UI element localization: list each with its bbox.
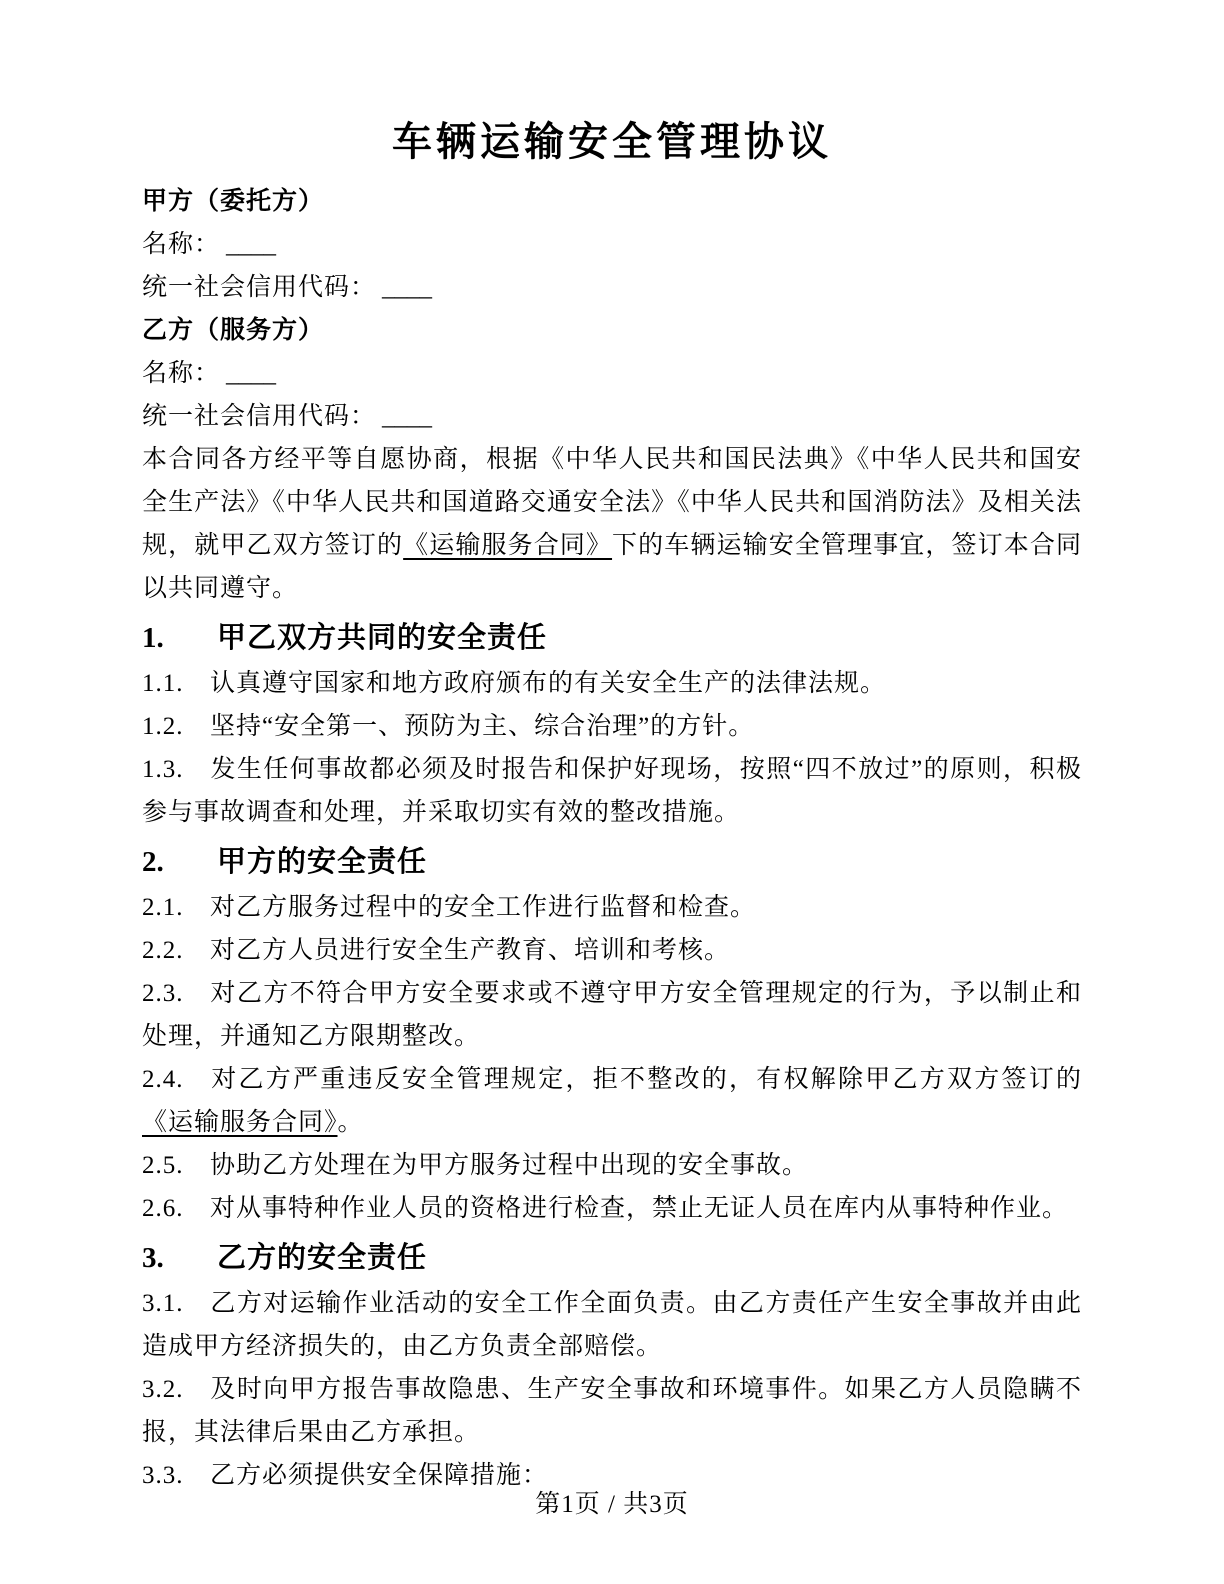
clause-number: 1.1. <box>142 662 210 705</box>
party-a-credit-code-line: 统一社会信用代码：____ <box>142 266 1082 309</box>
clause-number: 2.5. <box>142 1144 210 1187</box>
clause-text: 认真遵守国家和地方政府颁布的有关安全生产的法律法规。 <box>210 670 886 697</box>
clause-number: 2.6. <box>142 1187 210 1230</box>
party-a-heading: 甲方（委托方） <box>142 180 1082 223</box>
contract-reference-link: 《运输服务合同》 <box>403 532 612 559</box>
section-3-heading: 3.乙方的安全责任 <box>142 1234 1082 1282</box>
party-b-name-blank: ____ <box>220 360 276 387</box>
clause-2-4: 2.4.对乙方严重违反安全管理规定，拒不整改的，有权解除甲乙方双方签订的《运输服… <box>142 1058 1082 1144</box>
party-b-heading: 乙方（服务方） <box>142 309 1082 352</box>
clause-number: 1.3. <box>142 748 210 791</box>
party-b-credit-code-blank: ____ <box>376 403 432 430</box>
party-b-name-label: 名称： <box>142 360 220 387</box>
section-title: 甲方的安全责任 <box>217 846 427 878</box>
party-b-credit-code-line: 统一社会信用代码：____ <box>142 395 1082 438</box>
clause-number: 1.2. <box>142 705 210 748</box>
clause-text: 乙方必须提供安全保障措施： <box>210 1462 548 1489</box>
page-footer: 第1页 / 共3页 <box>0 1490 1224 1520</box>
clause-2-1: 2.1.对乙方服务过程中的安全工作进行监督和检查。 <box>142 886 1082 929</box>
clause-3-2: 3.2.及时向甲方报告事故隐患、生产安全事故和环境事件。如果乙方人员隐瞒不报，其… <box>142 1368 1082 1454</box>
document-page: 车辆运输安全管理协议 甲方（委托方） 名称：____ 统一社会信用代码：____… <box>0 0 1224 1584</box>
section-2-heading: 2.甲方的安全责任 <box>142 838 1082 886</box>
party-b-name-line: 名称：____ <box>142 352 1082 395</box>
clause-3-1: 3.1.乙方对运输作业活动的安全工作全面负责。由乙方责任产生安全事故并由此造成甲… <box>142 1282 1082 1368</box>
clause-number: 2.1. <box>142 886 210 929</box>
clause-text: 对乙方人员进行安全生产教育、培训和考核。 <box>210 937 730 964</box>
clause-text: 及时向甲方报告事故隐患、生产安全事故和环境事件。如果乙方人员隐瞒不报，其法律后果… <box>142 1376 1082 1446</box>
clause-text: 对从事特种作业人员的资格进行检查，禁止无证人员在库内从事特种作业。 <box>210 1195 1068 1222</box>
document-title: 车辆运输安全管理协议 <box>142 116 1082 168</box>
clause-1-2: 1.2.坚持“安全第一、预防为主、综合治理”的方针。 <box>142 705 1082 748</box>
contract-reference-link: 《运输服务合同》 <box>142 1109 338 1136</box>
party-a-credit-code-label: 统一社会信用代码： <box>142 274 376 301</box>
clause-number: 3.2. <box>142 1368 210 1411</box>
clause-2-5: 2.5.协助乙方处理在为甲方服务过程中出现的安全事故。 <box>142 1144 1082 1187</box>
clause-text: 乙方对运输作业活动的安全工作全面负责。由乙方责任产生安全事故并由此造成甲方经济损… <box>142 1290 1082 1360</box>
party-a-name-blank: ____ <box>220 231 276 258</box>
page-number-indicator: 第1页 / 共3页 <box>535 1491 688 1518</box>
clause-number: 2.4. <box>142 1058 210 1101</box>
section-number: 2. <box>142 838 217 886</box>
clause-text: 对乙方不符合甲方安全要求或不遵守甲方安全管理规定的行为，予以制止和处理，并通知乙… <box>142 980 1082 1050</box>
clause-2-2: 2.2.对乙方人员进行安全生产教育、培训和考核。 <box>142 929 1082 972</box>
clause-number: 3.1. <box>142 1282 210 1325</box>
clause-text: 坚持“安全第一、预防为主、综合治理”的方针。 <box>210 713 754 740</box>
clause-text-post: 。 <box>338 1109 364 1136</box>
intro-paragraph: 本合同各方经平等自愿协商，根据《中华人民共和国民法典》《中华人民共和国安全生产法… <box>142 438 1082 610</box>
section-1-heading: 1.甲乙双方共同的安全责任 <box>142 614 1082 662</box>
party-a-name-label: 名称： <box>142 231 220 258</box>
clause-text: 对乙方服务过程中的安全工作进行监督和检查。 <box>210 894 756 921</box>
party-a-name-line: 名称：____ <box>142 223 1082 266</box>
party-a-credit-code-blank: ____ <box>376 274 432 301</box>
clause-number: 2.3. <box>142 972 210 1015</box>
section-number: 3. <box>142 1234 217 1282</box>
section-title: 甲乙双方共同的安全责任 <box>217 622 547 654</box>
section-title: 乙方的安全责任 <box>217 1242 427 1274</box>
clause-2-3: 2.3.对乙方不符合甲方安全要求或不遵守甲方安全管理规定的行为，予以制止和处理，… <box>142 972 1082 1058</box>
clause-2-6: 2.6.对从事特种作业人员的资格进行检查，禁止无证人员在库内从事特种作业。 <box>142 1187 1082 1230</box>
clause-number: 2.2. <box>142 929 210 972</box>
clause-text: 发生任何事故都必须及时报告和保护好现场，按照“四不放过”的原则，积极参与事故调查… <box>142 756 1082 826</box>
clause-1-3: 1.3.发生任何事故都必须及时报告和保护好现场，按照“四不放过”的原则，积极参与… <box>142 748 1082 834</box>
party-b-credit-code-label: 统一社会信用代码： <box>142 403 376 430</box>
clause-text: 协助乙方处理在为甲方服务过程中出现的安全事故。 <box>210 1152 808 1179</box>
clause-text-pre: 对乙方严重违反安全管理规定，拒不整改的，有权解除甲乙方双方签订的 <box>210 1066 1082 1093</box>
section-number: 1. <box>142 614 217 662</box>
clause-1-1: 1.1.认真遵守国家和地方政府颁布的有关安全生产的法律法规。 <box>142 662 1082 705</box>
